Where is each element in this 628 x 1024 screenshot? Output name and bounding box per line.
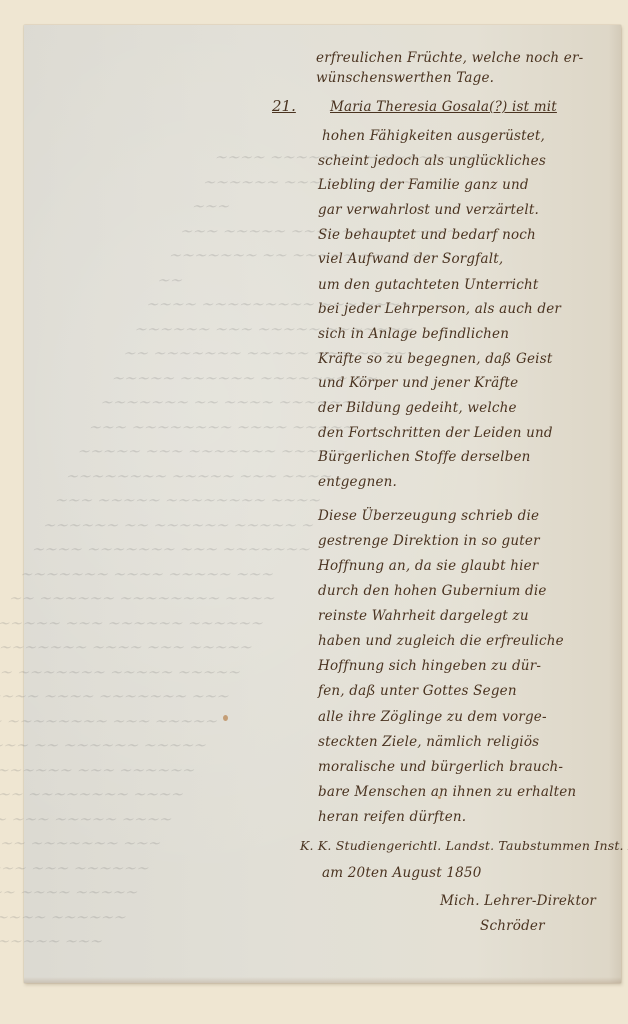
student-name-line: Maria Theresia Gosala(?) ist mit bbox=[330, 99, 557, 115]
text-line: Hoffnung sich hingeben zu dür- bbox=[318, 658, 541, 674]
text-line: wünschenswerthen Tage. bbox=[316, 70, 494, 86]
text-line: durch den hohen Gubernium die bbox=[318, 583, 547, 599]
signature-title: Mich. Lehrer-Direktor bbox=[440, 893, 596, 909]
text-line: Kräfte so zu begegnen, daß Geist bbox=[318, 351, 552, 367]
text-line: reinste Wahrheit dargelegt zu bbox=[318, 608, 529, 624]
text-line: sich in Anlage befindlichen bbox=[318, 326, 509, 342]
text-line: um den gutachteten Unterricht bbox=[318, 277, 538, 293]
text-line: gestrenge Direktion in so guter bbox=[318, 533, 540, 549]
text-line: Bürgerlichen Stoffe derselben bbox=[318, 449, 531, 465]
signature-name: Schröder bbox=[480, 918, 545, 934]
text-line: heran reifen dürften. bbox=[318, 809, 466, 825]
text-line: Sie behauptet und bedarf noch bbox=[318, 227, 536, 243]
text-line: alle ihre Zöglinge zu dem vorge- bbox=[318, 709, 547, 725]
entry-number: 21. bbox=[272, 97, 296, 115]
text-line: fen, daß unter Gottes Segen bbox=[318, 683, 517, 699]
text-line: Liebling der Familie ganz und bbox=[318, 177, 529, 193]
text-line: Diese Überzeugung schrieb die bbox=[318, 508, 539, 524]
text-line: moralische und bürgerlich brauch- bbox=[318, 759, 563, 775]
text-line: viel Aufwand der Sorgfalt, bbox=[318, 251, 503, 267]
institution-line: K. K. Studiengerichtl. Landst. Taubstumm… bbox=[300, 838, 628, 853]
text-line: hohen Fähigkeiten ausgerüstet, bbox=[322, 128, 545, 144]
ink-spot bbox=[223, 715, 228, 721]
text-line: bare Menschen an ihnen zu erhalten bbox=[318, 784, 576, 800]
text-line: scheint jedoch als unglückliches bbox=[318, 153, 546, 169]
text-line: haben und zugleich die erfreuliche bbox=[318, 633, 564, 649]
text-line: und Körper und jener Kräfte bbox=[318, 375, 518, 391]
date-line: am 20ten August 1850 bbox=[322, 865, 482, 881]
text-line: der Bildung gedeiht, welche bbox=[318, 400, 517, 416]
text-line: gar verwahrlost und verzärtelt. bbox=[318, 202, 539, 218]
text-line: bei jeder Lehrperson, als auch der bbox=[318, 301, 561, 317]
text-line: den Fortschritten der Leiden und bbox=[318, 425, 553, 441]
text-line: steckten Ziele, nämlich religiös bbox=[318, 734, 539, 750]
text-line: erfreulichen Früchte, welche noch er- bbox=[316, 50, 583, 66]
text-line: entgegnen. bbox=[318, 474, 397, 490]
text-line: Hoffnung an, da sie glaubt hier bbox=[318, 558, 538, 574]
